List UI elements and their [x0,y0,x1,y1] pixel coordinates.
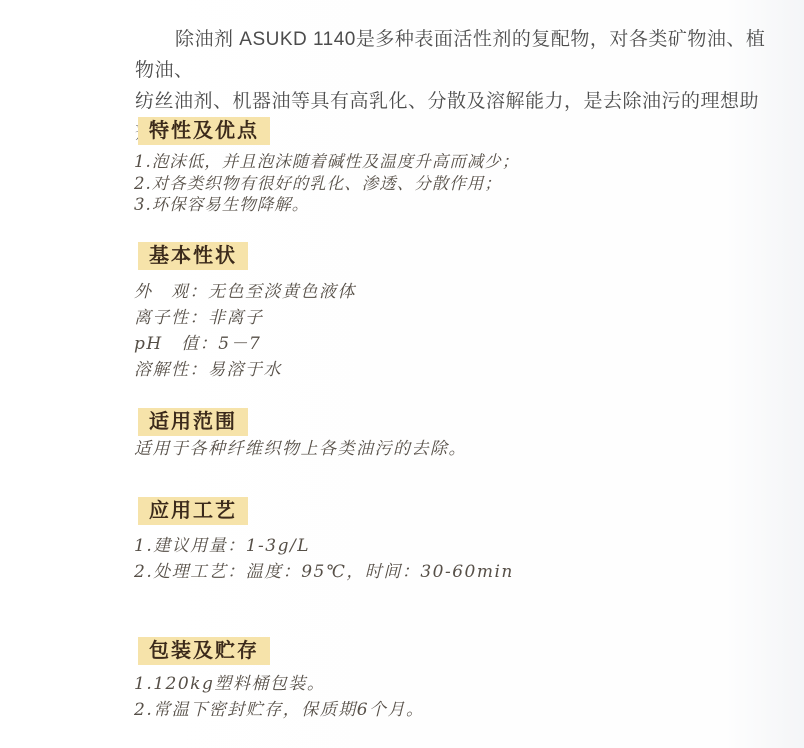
section-heading-scope: 适用范围 [138,408,248,436]
process-conditions: 2.处理工艺：温度：95℃，时间：30-60min [134,559,514,585]
feature-item: 3.环保容易生物降解。 [134,194,519,216]
section-body-features: 1.泡沫低，并且泡沫随着碱性及温度升高而减少； 2.对各类织物有很好的乳化、渗透… [134,151,519,216]
section-heading-process: 应用工艺 [138,497,248,525]
section-heading-properties: 基本性状 [138,242,248,270]
section-body-properties: 外 观：无色至淡黄色液体 离子性：非离子 pH 值：5－7 溶解性：易溶于水 [134,279,356,383]
intro-line-1: 除油剂 ASUKD 1140是多种表面活性剂的复配物，对各类矿物油、植物油、 [135,24,783,86]
packaging-item: 2.常温下密封贮存，保质期6个月。 [134,697,425,723]
process-dosage: 1.建议用量：1-3g/L [134,533,514,559]
feature-item: 1.泡沫低，并且泡沫随着碱性及温度升高而减少； [134,151,519,173]
section-heading-packaging: 包装及贮存 [138,637,270,665]
property-ph: pH 值：5－7 [134,331,356,357]
section-heading-features: 特性及优点 [138,117,270,145]
property-solubility: 溶解性：易溶于水 [134,357,356,383]
feature-item: 2.对各类织物有很好的乳化、渗透、分散作用； [134,173,519,195]
packaging-item: 1.120kg塑料桶包装。 [134,671,425,697]
section-body-scope: 适用于各种纤维织物上各类油污的去除。 [134,436,467,462]
property-appearance: 外 观：无色至淡黄色液体 [134,279,356,305]
property-ionicity: 离子性：非离子 [134,305,356,331]
scope-text: 适用于各种纤维织物上各类油污的去除。 [134,436,467,462]
product-datasheet-page: 除油剂 ASUKD 1140是多种表面活性剂的复配物，对各类矿物油、植物油、 纺… [0,0,804,748]
section-body-packaging: 1.120kg塑料桶包装。 2.常温下密封贮存，保质期6个月。 [134,671,425,723]
section-body-process: 1.建议用量：1-3g/L 2.处理工艺：温度：95℃，时间：30-60min [134,533,514,585]
